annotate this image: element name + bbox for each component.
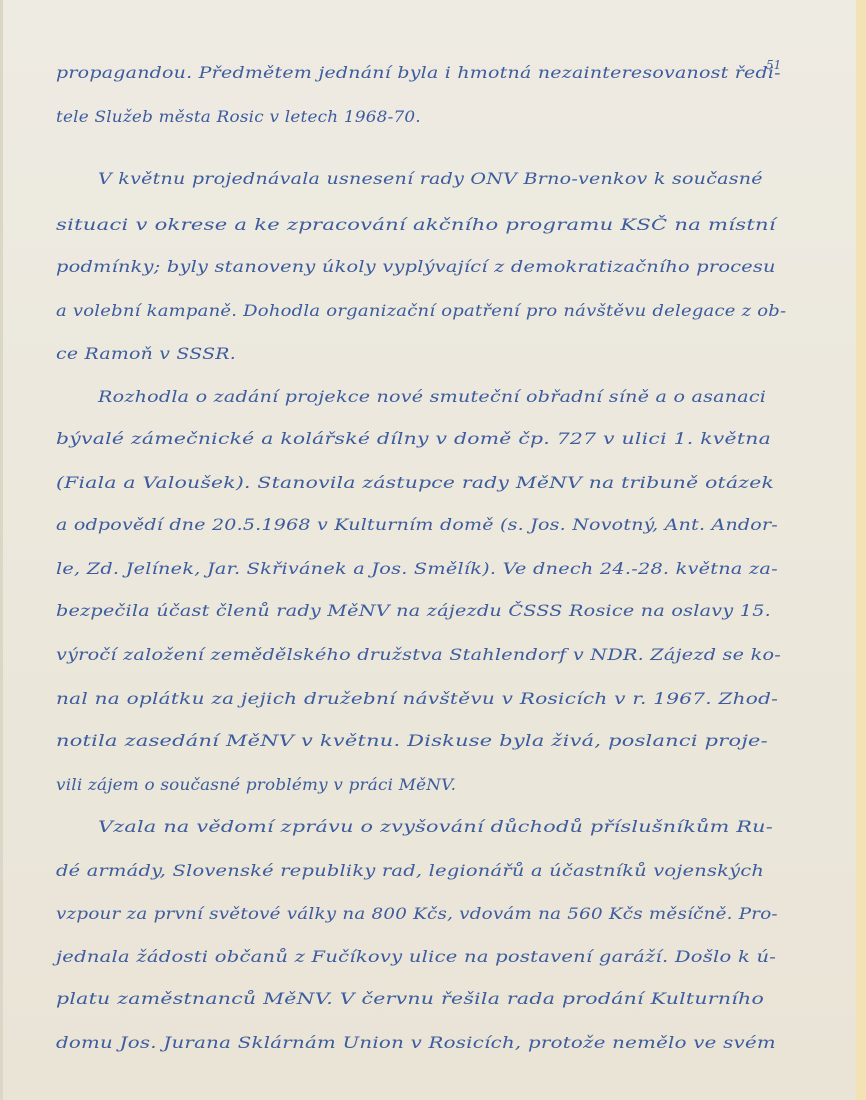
page-edge (0, 0, 3, 1100)
handwritten-line: situaci v okrese a ke zpracování akčního… (56, 216, 776, 234)
handwritten-line: ce Ramoň v SSSR. (56, 345, 236, 363)
handwritten-line: nal na oplátku za jejich družební návště… (56, 690, 778, 708)
handwritten-line: dé armády, Slovenské republiky rad, legi… (56, 862, 764, 880)
handwritten-line: bezpečila účast členů rady MěNV na zájez… (56, 602, 771, 620)
handwritten-line: tele Služeb města Rosic v letech 1968-70… (56, 108, 421, 126)
handwritten-line: notila zasedání MěNV v květnu. Diskuse b… (56, 732, 768, 750)
handwritten-line: V květnu projednávala usnesení rady ONV … (98, 170, 763, 188)
handwritten-line: vili zájem o současné problémy v práci M… (56, 776, 456, 794)
handwritten-line: a odpovědí dne 20.5.1968 v Kulturním dom… (56, 516, 778, 534)
handwritten-line: Vzala na vědomí zprávu o zvyšování důcho… (98, 818, 773, 836)
handwritten-line: platu zaměstnanců MěNV. V červnu řešila … (56, 990, 764, 1008)
handwritten-line: Rozhodla o zadání projekce nové smuteční… (98, 388, 766, 406)
handwritten-line: podmínky; byly stanoveny úkoly vyplývají… (56, 258, 776, 276)
handwritten-line: propagandou. Předmětem jednání byla i hm… (56, 64, 781, 82)
handwritten-line: bývalé zámečnické a kolářské dílny v dom… (56, 430, 771, 448)
handwritten-line: domu Jos. Jurana Sklárnám Union v Rosicí… (56, 1034, 776, 1052)
document-page: 51 propagandou. Předmětem jednání byla i… (0, 0, 866, 1100)
handwritten-line: a volební kampaně. Dohodla organizační o… (56, 302, 786, 320)
handwritten-line: jednala žádosti občanů z Fučíkovy ulice … (56, 948, 776, 966)
handwritten-line: vzpour za první světové války na 800 Kčs… (56, 905, 778, 923)
handwritten-line: (Fiala a Valoušek). Stanovila zástupce r… (56, 474, 774, 492)
handwritten-line: výročí založení zemědělského družstva St… (56, 646, 781, 664)
handwritten-line: le, Zd. Jelínek, Jar. Skřivánek a Jos. S… (56, 560, 778, 578)
